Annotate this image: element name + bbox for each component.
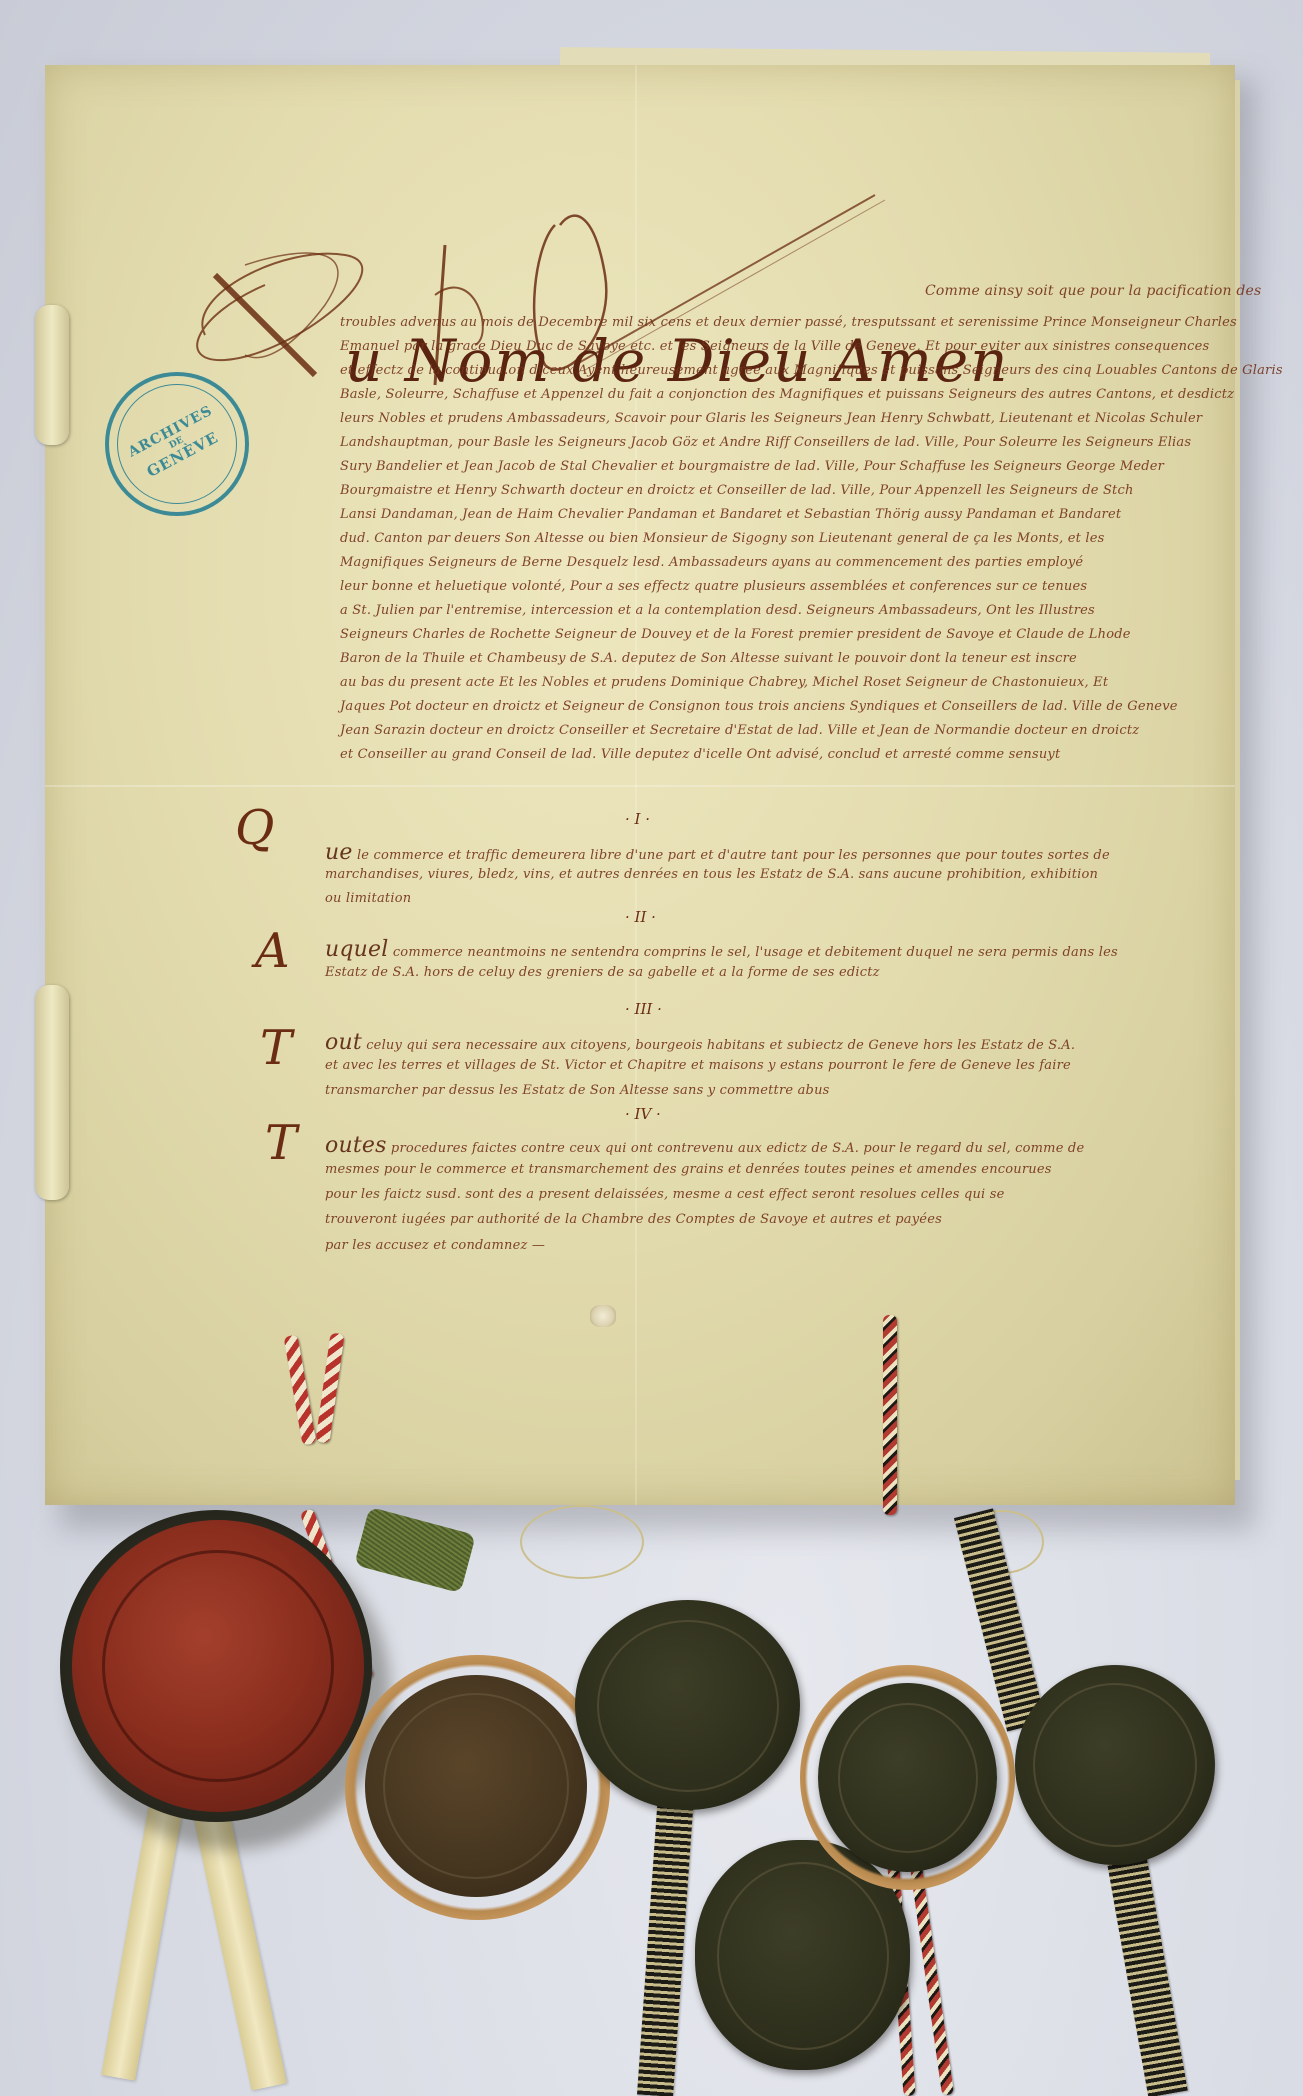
red-white-cord [284, 1335, 317, 1446]
article-line: mesmes pour le commerce et transmarcheme… [325, 1162, 1052, 1177]
black-gold-ribbon [637, 1779, 695, 2096]
fold-line [45, 785, 1235, 787]
preamble-line: Jaques Pot docteur en droictz et Seigneu… [340, 699, 1178, 714]
preamble-line: et Conseiller au grand Conseil de lad. V… [340, 747, 1060, 762]
brown-wax-seal [365, 1675, 587, 1897]
article-line: marchandises, viures, bledz, vins, et au… [325, 867, 1098, 882]
archives-de-geneve-stamp: ARCHIVES DE GENÈVE [105, 372, 249, 516]
gold-thread [520, 1505, 644, 1579]
red-white-black-cord [883, 1315, 897, 1515]
article-line: celuy qui sera necessaire aux citoyens, … [366, 1038, 1075, 1053]
seal-inner-ring [838, 1703, 978, 1853]
seal-inner-ring [717, 1862, 889, 2050]
red-wax-seal [72, 1520, 364, 1812]
article-number: · IV · [625, 1105, 661, 1123]
preamble-line: troubles advenus au mois de Decembre mil… [340, 315, 1237, 330]
preamble-line: Sury Bandelier et Jean Jacob de Stal Che… [340, 459, 1164, 474]
seal-5-wooden-capsule [800, 1665, 1015, 1890]
article-line: Estatz de S.A. hors de celuy des grenier… [325, 965, 880, 980]
article-line: par les accusez et condamnez — [325, 1238, 545, 1253]
article-initial: T [260, 1020, 292, 1076]
binding-ribbon [35, 305, 69, 445]
article-lead-word: uquel [325, 937, 388, 962]
seal-1-box [60, 1510, 372, 1822]
article-number: · II · [625, 908, 656, 926]
seal-inner-ring [1033, 1683, 1197, 1847]
seal-2-wooden-capsule [345, 1655, 610, 1920]
preamble-line: Landshauptman, pour Basle les Seigneurs … [340, 435, 1191, 450]
parchment-document: u Nom de Dieu Amen Comme ainsy soit que … [45, 65, 1235, 1505]
preamble-line: Seigneurs Charles de Rochette Seigneur d… [340, 627, 1131, 642]
preamble-line: Emanuel par la grace Dieu Duc de Savoye … [340, 339, 1209, 354]
opening-words: Comme ainsy soit que pour la pacificatio… [925, 283, 1261, 299]
stamp-line-1: ARCHIVES [126, 404, 215, 461]
seal-inner-ring [102, 1550, 334, 1782]
thread-knot [590, 1305, 616, 1327]
seal-3-dark-wax [575, 1600, 800, 1810]
article-lead-word: ue [325, 840, 353, 865]
preamble-line: dud. Canton par deuers Son Altesse ou bi… [340, 531, 1105, 546]
article-initial: T [265, 1115, 297, 1171]
article-number: · III · [625, 1000, 662, 1018]
article-lead-word: outes [325, 1133, 387, 1158]
article-lead-word: out [325, 1030, 362, 1055]
preamble-line: et effectz de la continua.on diceux Ayen… [340, 363, 1283, 378]
preamble-line: Baron de la Thuile et Chambeusy de S.A. … [340, 651, 1077, 666]
article-line: trouveront iugées par authorité de la Ch… [325, 1212, 942, 1227]
preamble-line: Jean Sarazin docteur en droictz Conseill… [340, 723, 1139, 738]
article-line: le commerce et traffic demeurera libre d… [357, 848, 1110, 863]
preamble-line: Magnifiques Seigneurs de Berne Desquelz … [340, 555, 1083, 570]
stamp-line-3: GENÈVE [144, 429, 221, 480]
article-line: procedures faictes contre ceux qui ont c… [391, 1141, 1084, 1156]
article-line: transmarcher par dessus les Estatz de So… [325, 1083, 830, 1098]
article-initial: A [255, 923, 290, 979]
article-line: et avec les terres et villages de St. Vi… [325, 1058, 1071, 1073]
article-initial: Q [235, 800, 274, 856]
preamble-line: Basle, Soleurre, Schaffuse et Appenzel d… [340, 387, 1234, 402]
preamble-line: leur bonne et heluetique volonté, Pour a… [340, 579, 1087, 594]
seal-6-dark-wax [1015, 1665, 1215, 1865]
preamble-line: a St. Julien par l'entremise, intercessi… [340, 603, 1095, 618]
dark-wax-seal [818, 1683, 997, 1872]
seal-inner-ring [383, 1693, 569, 1879]
article-number: · I · [625, 810, 650, 828]
preamble-line: Lansi Dandaman, Jean de Haim Chevalier P… [340, 507, 1121, 522]
seal-inner-ring [597, 1620, 779, 1792]
article-line: commerce neantmoins ne sentendra comprin… [393, 945, 1118, 960]
red-white-cord [315, 1333, 344, 1444]
invocation-heading: u Nom de Dieu Amen [345, 327, 1010, 395]
binding-ribbon [35, 985, 69, 1200]
black-gold-ribbon [1102, 1829, 1188, 2096]
article-line: pour les faictz susd. sont des a present… [325, 1187, 1005, 1202]
preamble-line: au bas du present acte Et les Nobles et … [340, 675, 1108, 690]
preamble-line: leurs Nobles et prudens Ambassadeurs, Sc… [340, 411, 1202, 426]
stamp-line-2: DE [168, 436, 186, 452]
preamble-line: Bourgmaistre et Henry Schwarth docteur e… [340, 483, 1134, 498]
article-line: ou limitation [325, 891, 411, 906]
